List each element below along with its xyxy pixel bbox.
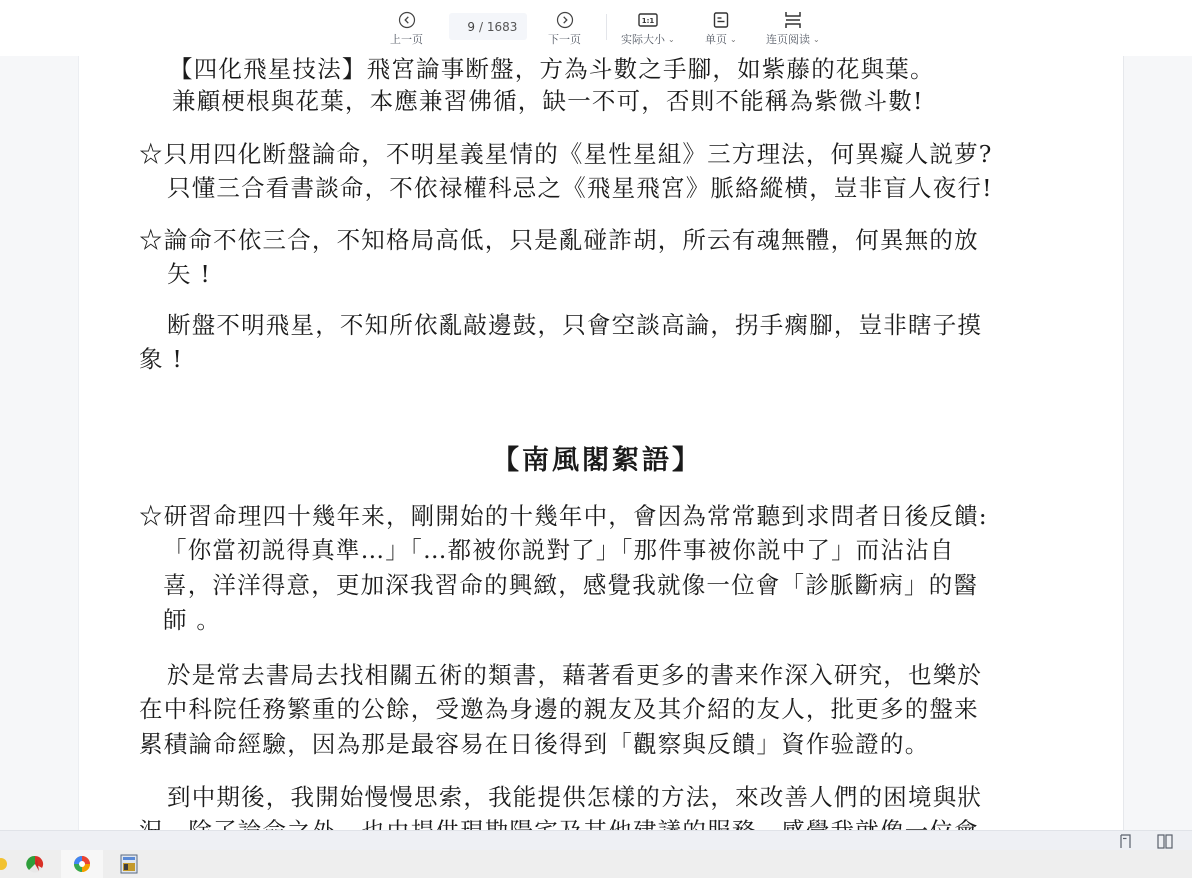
text-line: ☆論命不依三合，不知格局高低，只是亂碰詐胡，所云有魂無體，何異無的放 bbox=[139, 225, 979, 255]
chevron-down-icon: ⌄ bbox=[668, 35, 675, 44]
pie-chart-app-icon[interactable] bbox=[14, 850, 56, 878]
two-page-icon[interactable] bbox=[1157, 834, 1173, 849]
continuous-reading-dropdown[interactable]: 连页阅读⌄ bbox=[766, 10, 820, 47]
chevron-down-icon: ⌄ bbox=[730, 35, 737, 44]
text-line: ☆研習命理四十幾年来，剛開始的十幾年中，會因為常常聽到求問者日後反饋: bbox=[139, 501, 988, 531]
actual-size-icon: 1:1 bbox=[638, 10, 658, 30]
single-page-dropdown[interactable]: 单页⌄ bbox=[705, 10, 737, 47]
text-line: 象 ! bbox=[139, 344, 183, 374]
actual-size-dropdown[interactable]: 1:1 实际大小⌄ bbox=[621, 10, 675, 47]
file-manager-app-icon[interactable] bbox=[108, 850, 150, 878]
text-line: 在中科院任務繁重的公餘，受邀為身邊的親友及其介紹的友人，批更多的盤来 bbox=[139, 694, 979, 724]
page-number-field[interactable]: 9 / 1683 bbox=[449, 13, 527, 40]
svg-text:1:1: 1:1 bbox=[642, 17, 655, 25]
document-viewer[interactable]: 【南風閣絮語】 【四化飛星技法】飛宮論事断盤，方為斗數之手腳，如紫藤的花與葉。兼… bbox=[0, 56, 1192, 830]
text-line: 【四化飛星技法】飛宮論事断盤，方為斗數之手腳，如紫藤的花與葉。 bbox=[169, 56, 935, 84]
continuous-page-icon bbox=[784, 10, 802, 30]
text-line: 断盤不明飛星，不知所依亂敲邊鼓，只會空談高論，拐手瘸腳，豈非瞎子摸 bbox=[167, 310, 982, 340]
os-taskbar bbox=[0, 850, 1192, 878]
text-line: 累積論命經驗，因為那是最容易在日後得到「觀察與反饋」資作验證的。 bbox=[139, 729, 929, 759]
toolbar-divider bbox=[606, 14, 607, 40]
text-line: 喜，洋洋得意，更加深我習命的興緻，感覺我就像一位會「診脈斷病」的醫 bbox=[163, 570, 978, 600]
current-page-input[interactable]: 9 bbox=[449, 20, 479, 34]
chevron-down-icon: ⌄ bbox=[813, 35, 820, 44]
prev-page-button[interactable]: 上一页 bbox=[390, 10, 423, 47]
chevron-left-circle-icon bbox=[398, 10, 416, 30]
chevron-right-circle-icon bbox=[556, 10, 574, 30]
text-line: 兼顧梗根與花葉，本應兼習佛循，缺一不可，否則不能稱為紫微斗數! bbox=[172, 86, 924, 116]
text-line: 「你當初説得真準…」「…都被你説對了」「那件事被你説中了」而沾沾自 bbox=[163, 535, 955, 565]
text-line: 師 。 bbox=[163, 605, 221, 635]
text-line: 況，除了論命之外，也由提供現勘陽宅及其他建議的服務，感覺我就像一位會 bbox=[139, 816, 979, 830]
single-page-label: 单页 bbox=[705, 31, 727, 47]
section-heading: 【南風閣絮語】 bbox=[139, 444, 1055, 478]
reader-toolbar: 上一页 9 / 1683 下一页 1:1 实际大小⌄ 单页⌄ 连页阅读⌄ bbox=[0, 0, 1192, 56]
continuous-reading-label: 连页阅读 bbox=[766, 31, 810, 47]
next-page-label: 下一页 bbox=[548, 31, 581, 47]
single-page-icon bbox=[713, 10, 729, 30]
actual-size-label: 实际大小 bbox=[621, 31, 665, 47]
color-wheel-app-icon[interactable] bbox=[61, 850, 103, 878]
text-line: 只懂三合看書談命，不依禄權科忌之《飛星飛宮》脈絡縱横，豈非盲人夜行! bbox=[167, 173, 993, 203]
total-pages: / 1683 bbox=[479, 20, 517, 34]
text-line: 於是常去書局去找相關五術的類書，藉著看更多的書来作深入研究，也樂於 bbox=[167, 660, 982, 690]
next-page-button[interactable]: 下一页 bbox=[548, 10, 581, 47]
prev-page-label: 上一页 bbox=[390, 31, 423, 47]
bookmark-outline-icon[interactable] bbox=[1118, 834, 1134, 849]
text-line: 矢 ! bbox=[167, 259, 211, 289]
document-page: 【南風閣絮語】 【四化飛星技法】飛宮論事断盤，方為斗數之手腳，如紫藤的花與葉。兼… bbox=[78, 56, 1124, 830]
text-line: 到中期後，我開始慢慢思索，我能提供怎樣的方法，來改善人們的困境與狀 bbox=[167, 782, 982, 812]
text-line: ☆只用四化断盤論命，不明星義星情的《星性星組》三方理法，何異癡人説萝? bbox=[139, 139, 993, 169]
status-bar bbox=[0, 830, 1192, 850]
